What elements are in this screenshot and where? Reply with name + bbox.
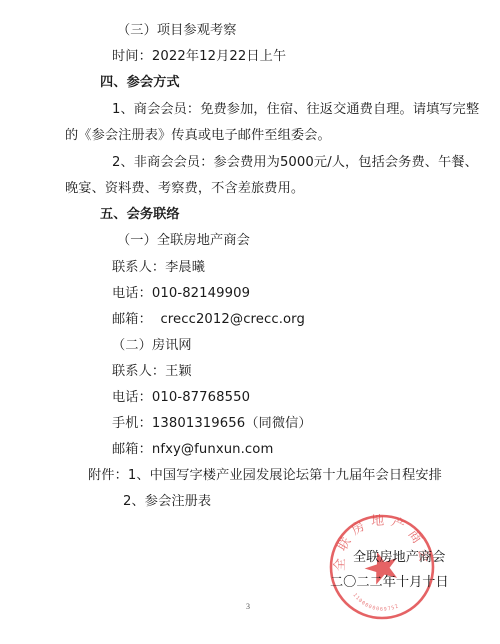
member-policy-line1: 1、商会会员：免费参加，住宿、往返交通费自理。请填写完整 — [112, 101, 479, 119]
contact-phone-1: 电话：010-82149909 — [112, 285, 250, 303]
section-item-visit: （三）项目参观考察 — [117, 22, 237, 40]
contact-email-2: 邮箱：nfxy@funxun.com — [112, 441, 273, 459]
heading-contact: 五、会务联络 — [100, 206, 180, 224]
signature-organization: 全联房地产商会 — [353, 549, 445, 567]
member-policy-line2: 的《参会注册表》传真或电子邮件至组委会。 — [65, 127, 331, 145]
page-number: 3 — [246, 602, 250, 611]
nonmember-policy-line2: 晚宴、资料费、考察费，不含差旅费用。 — [65, 180, 304, 198]
contact-mobile-2: 手机：13801319656（同微信） — [112, 415, 312, 433]
svg-text:1100000069752: 1100000069752 — [351, 592, 400, 612]
visit-time: 时间：2022年12月22日上午 — [112, 48, 286, 66]
official-seal-icon: 全联房地产商会 1100000069752 — [328, 513, 436, 621]
contact-org-2: （二）房讯网 — [112, 337, 192, 355]
contact-person-1: 联系人：李晨曦 — [112, 259, 205, 277]
attachment-2: 2、参会注册表 — [123, 493, 211, 511]
signature-date: 二〇二二年十月十日 — [330, 574, 449, 592]
contact-email-1: 邮箱： crecc2012@crecc.org — [112, 311, 305, 329]
contact-person-2: 联系人：王颖 — [112, 363, 192, 381]
contact-org-1: （一）全联房地产商会 — [117, 232, 250, 250]
document-page: （三）项目参观考察 时间：2022年12月22日上午 四、参会方式 1、商会会员… — [0, 0, 500, 644]
attachment-1: 附件：1、中国写字楼产业园发展论坛第十九届年会日程安排 — [88, 467, 442, 485]
nonmember-policy-line1: 2、非商会会员：参会费用为5000元/人，包括会务费、午餐、 — [112, 154, 478, 172]
heading-participation: 四、参会方式 — [100, 74, 180, 92]
contact-phone-2: 电话：010-87768550 — [112, 389, 250, 407]
